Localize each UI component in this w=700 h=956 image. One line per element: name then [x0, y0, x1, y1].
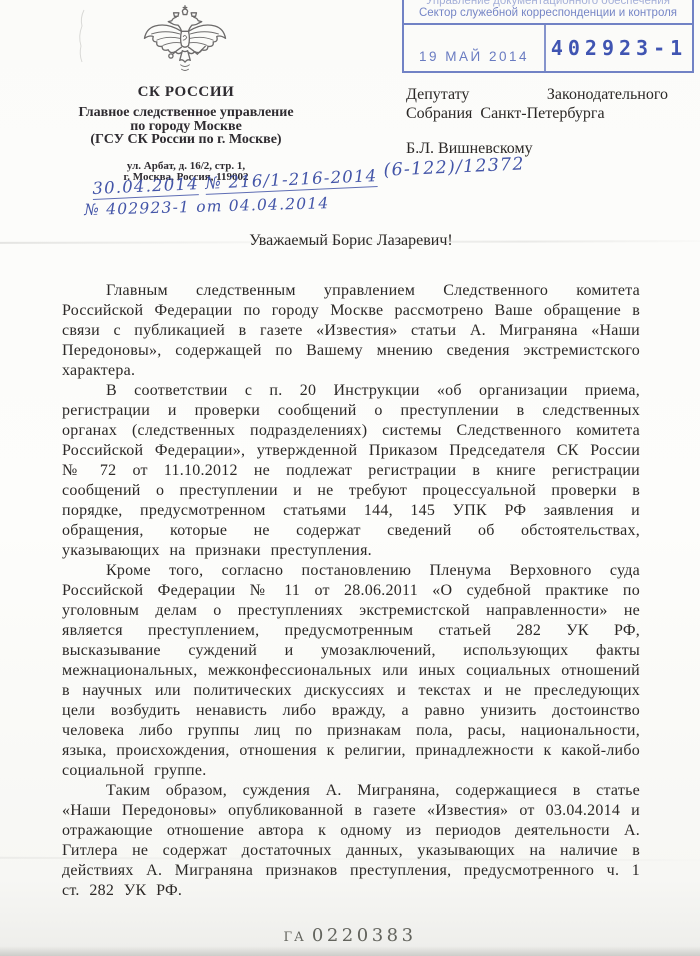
handwritten-ref-suffix: (6-122)/12372	[383, 154, 525, 180]
double-headed-eagle-icon	[139, 4, 231, 78]
recipient-line1: Депутату Законодательного	[406, 85, 668, 104]
stamp-dept-line1: Управление документационного обеспечения	[404, 0, 692, 7]
stamp-dept-line2: Сектор служебной корреспонденции и контр…	[404, 7, 692, 19]
org-name-line2: по городу Москве	[35, 120, 337, 134]
form-number-prefix: ГА	[283, 930, 305, 945]
org-name-line1: Главное следственное управление	[35, 106, 337, 120]
recipient-line2: Собрания Санкт-Петербурга	[406, 104, 668, 123]
letterhead: СК РОССИИ Главное следственное управлени…	[35, 84, 337, 184]
paragraph-3: Кроме того, согласно постановлению Плену…	[62, 561, 640, 781]
org-name-short: СК РОССИИ	[35, 84, 337, 101]
org-name-line3: (ГСУ СК России по г. Москве)	[35, 133, 337, 147]
form-number: ГА0220383	[0, 925, 700, 946]
scan-edge-shadow	[0, 946, 700, 956]
handwritten-note-line2: № 402923-1 от 04.04.2014	[84, 194, 330, 219]
paragraph-2: В соответствии с п. 20 Инструкции «об ор…	[62, 381, 640, 561]
paragraph-1: Главным следственным управлением Следств…	[62, 281, 640, 381]
recipient-name: Б.Л. Вишневскому	[406, 140, 668, 158]
paragraph-4: Таким образом, суждения А. Миграняна, со…	[62, 781, 640, 901]
stamp-grid: 19 МАЙ 2014 402923-1	[404, 23, 692, 71]
recipient-block: Депутату Законодательного Собрания Санкт…	[406, 85, 668, 158]
org-address-line2: г. Москва, Россия, 119002	[35, 172, 337, 184]
handwritten-spacer	[377, 166, 384, 185]
pencil-scratch-mark	[72, 8, 92, 68]
scanned-letter-page: СК РОССИИ Главное следственное управлени…	[0, 0, 700, 956]
registration-stamp: Управление документационного обеспечения…	[402, 0, 694, 73]
stamp-registration-number: 402923-1	[546, 25, 692, 71]
letter-body: Главным следственным управлением Следств…	[62, 281, 640, 901]
stamp-date: 19 МАЙ 2014	[404, 25, 546, 71]
form-number-digits: 0220383	[312, 925, 417, 946]
salutation: Уважаемый Борис Лазаревич!	[62, 232, 640, 250]
